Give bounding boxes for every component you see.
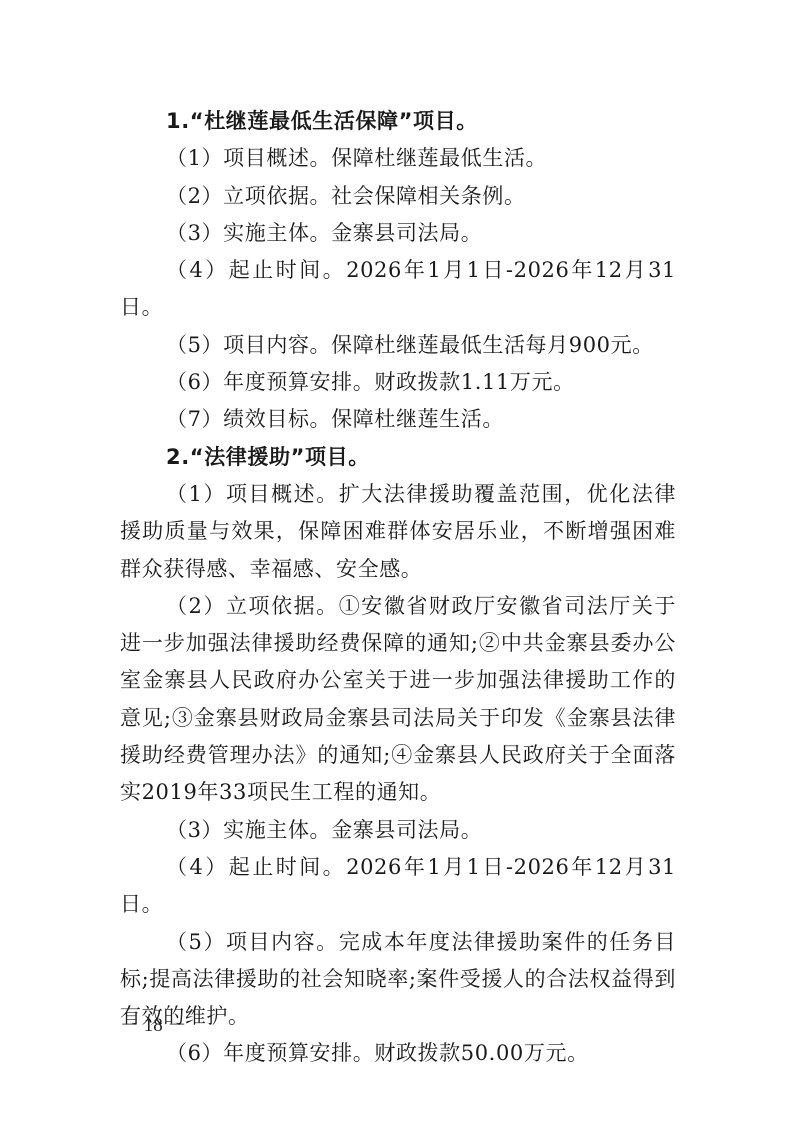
- section-heading-2: 2.“法律援助”项目。: [120, 439, 676, 476]
- section-heading-1: 1.“杜继莲最低生活保障”项目。: [120, 103, 676, 140]
- section-2-item-6: （6）年度预算安排。财政拨款50.00万元。: [120, 1035, 676, 1072]
- section-1-item-6: （6）年度预算安排。财政拨款1.11万元。: [120, 364, 676, 401]
- section-1-item-5: （5）项目内容。保障杜继莲最低生活每月900元。: [120, 327, 676, 364]
- section-1-item-1: （1）项目概述。保障杜继莲最低生活。: [120, 140, 676, 177]
- section-1-item-7: （7）绩效目标。保障杜继莲生活。: [120, 401, 676, 438]
- section-2-item-3: （3）实施主体。金寨县司法局。: [120, 812, 676, 849]
- section-2-item-2: （2）立项依据。①安徽省财政厅安徽省司法厅关于进一步加强法律援助经费保障的通知;…: [120, 588, 676, 812]
- section-1-item-2: （2）立项依据。社会保障相关条例。: [120, 178, 676, 215]
- section-2-item-5: （5）项目内容。完成本年度法律援助案件的任务目标;提高法律援助的社会知晓率;案件…: [120, 924, 676, 1036]
- page-number: － 18 －: [120, 1010, 187, 1037]
- section-2-item-4: （4）起止时间。2026年1月1日-2026年12月31日。: [120, 849, 676, 924]
- section-1-item-3: （3）实施主体。金寨县司法局。: [120, 215, 676, 252]
- section-2-item-1: （1）项目概述。扩大法律援助覆盖范围，优化法律援助质量与效果，保障困难群体安居乐…: [120, 476, 676, 588]
- section-1-item-4: （4）起止时间。2026年1月1日-2026年12月31日。: [120, 252, 676, 327]
- document-body: 1.“杜继莲最低生活保障”项目。 （1）项目概述。保障杜继莲最低生活。 （2）立…: [120, 103, 676, 1073]
